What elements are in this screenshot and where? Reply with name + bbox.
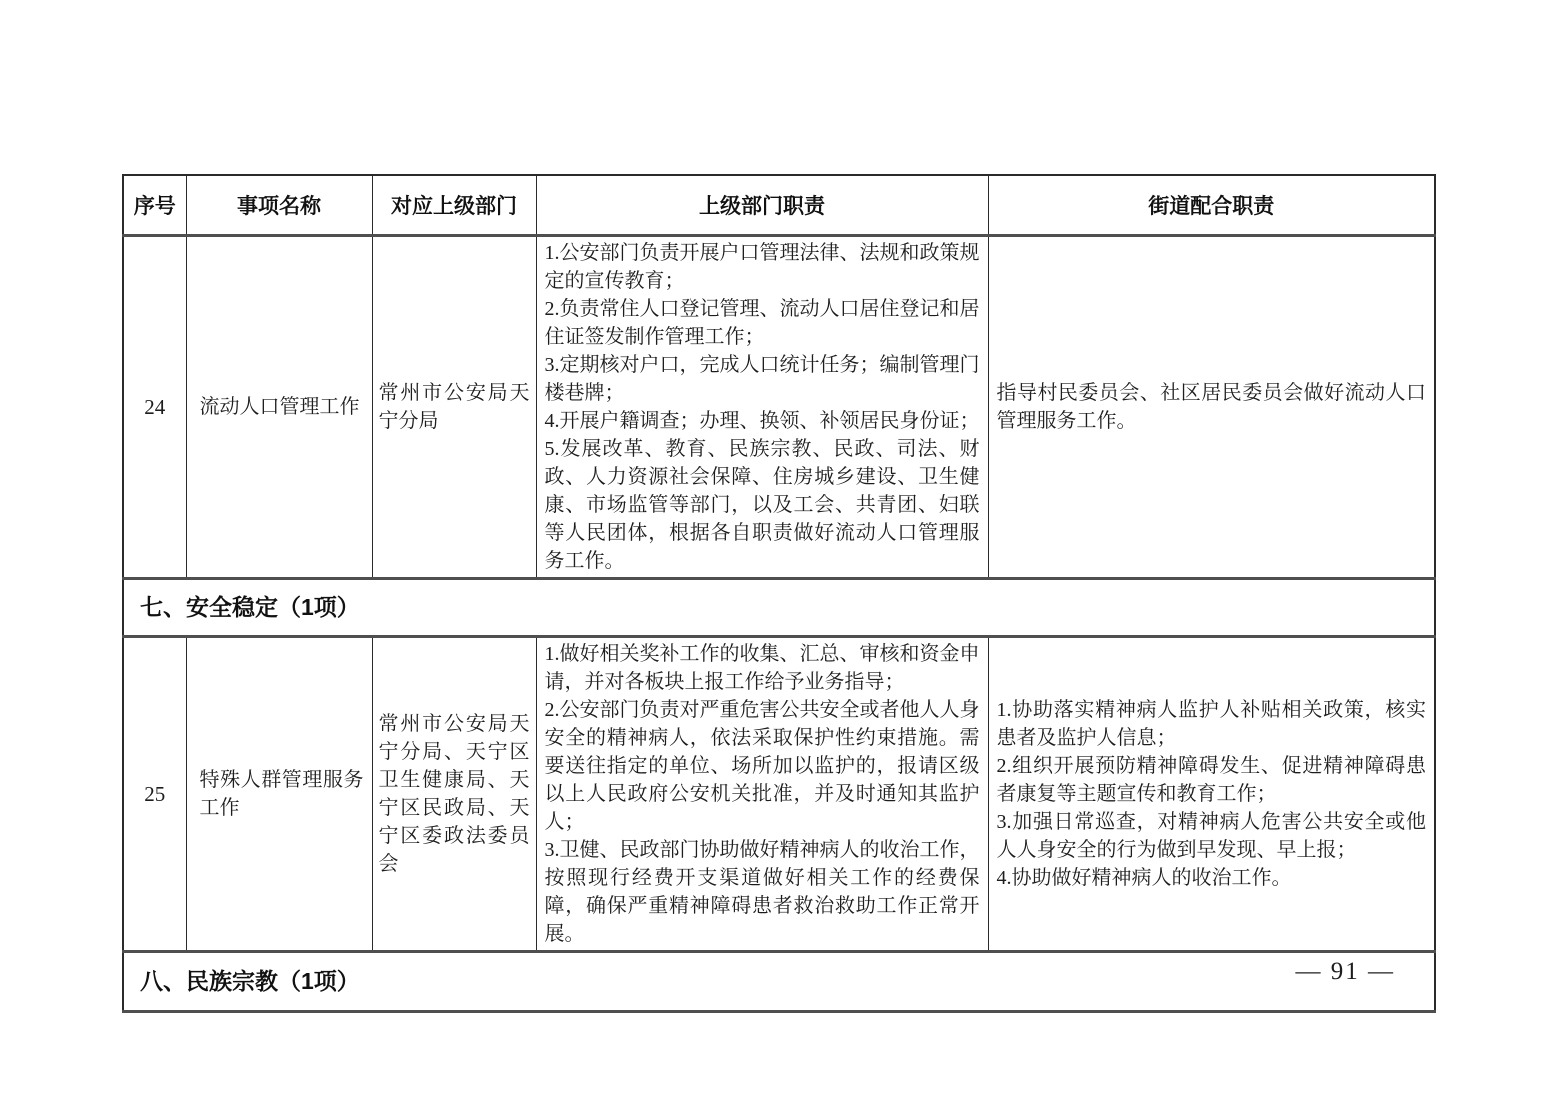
section-header-row-ethnic-religion: 八、民族宗教（1项） [123,951,1435,1011]
responsibilities-table: 序号 事项名称 对应上级部门 上级部门职责 街道配合职责 24 流动人口管理工作… [122,174,1436,1013]
duty-item: 4.开展户籍调查；办理、换领、补领居民身份证； [545,407,980,435]
serial-number-cell: 24 [123,235,186,578]
section-title: 八、民族宗教（1项） [123,951,1435,1011]
superior-department-cell: 常州市公安局天宁分局、天宁区卫生健康局、天宁区民政局、天宁区委政法委员会 [372,636,536,951]
duty-item: 1.公安部门负责开展户口管理法律、法规和政策规定的宣传教育； [545,239,980,295]
duty-item: 3.卫健、民政部门协助做好精神病人的收治工作，按照现行经费开支渠道做好相关工作的… [545,836,980,948]
duty-item: 2.公安部门负责对严重危害公共安全或者他人人身安全的精神病人，依法采取保护性约束… [545,696,980,836]
page-number: — 91 — [1296,958,1396,986]
column-header-item-name: 事项名称 [186,175,372,235]
duty-item: 5.发展改革、教育、民族宗教、民政、司法、财政、人力资源社会保障、住房城乡建设、… [545,435,980,575]
document-page: 序号 事项名称 对应上级部门 上级部门职责 街道配合职责 24 流动人口管理工作… [0,0,1559,1102]
duty-item: 2.组织开展预防精神障碍发生、促进精神障碍患者康复等主题宣传和教育工作； [997,752,1427,808]
duty-item: 指导村民委员会、社区居民委员会做好流动人口管理服务工作。 [997,379,1427,435]
superior-duties-cell: 1.做好相关奖补工作的收集、汇总、审核和资金申请，并对各板块上报工作给予业务指导… [536,636,988,951]
superior-department-cell: 常州市公安局天宁分局 [372,235,536,578]
duty-item: 3.定期核对户口，完成人口统计任务；编制管理门楼巷牌； [545,351,980,407]
duty-item: 1.协助落实精神病人监护人补贴相关政策，核实患者及监护人信息； [997,696,1427,752]
item-name-cell: 流动人口管理工作 [186,235,372,578]
table-header-row: 序号 事项名称 对应上级部门 上级部门职责 街道配合职责 [123,175,1435,235]
duty-item: 4.协助做好精神病人的收治工作。 [997,864,1427,892]
section-title: 七、安全稳定（1项） [123,578,1435,636]
column-header-superior-department: 对应上级部门 [372,175,536,235]
street-duties-cell: 指导村民委员会、社区居民委员会做好流动人口管理服务工作。 [988,235,1435,578]
duty-item: 1.做好相关奖补工作的收集、汇总、审核和资金申请，并对各板块上报工作给予业务指导… [545,640,980,696]
duty-item: 2.负责常住人口登记管理、流动人口居住登记和居住证签发制作管理工作； [545,295,980,351]
table-row: 25 特殊人群管理服务工作 常州市公安局天宁分局、天宁区卫生健康局、天宁区民政局… [123,636,1435,951]
item-name-cell: 特殊人群管理服务工作 [186,636,372,951]
column-header-superior-duties: 上级部门职责 [536,175,988,235]
superior-duties-cell: 1.公安部门负责开展户口管理法律、法规和政策规定的宣传教育； 2.负责常住人口登… [536,235,988,578]
street-duties-cell: 1.协助落实精神病人监护人补贴相关政策，核实患者及监护人信息； 2.组织开展预防… [988,636,1435,951]
serial-number-cell: 25 [123,636,186,951]
table-row: 24 流动人口管理工作 常州市公安局天宁分局 1.公安部门负责开展户口管理法律、… [123,235,1435,578]
duty-item: 3.加强日常巡查，对精神病人危害公共安全或他人人身安全的行为做到早发现、早上报； [997,808,1427,864]
column-header-serial: 序号 [123,175,186,235]
section-header-row-security: 七、安全稳定（1项） [123,578,1435,636]
column-header-street-duties: 街道配合职责 [988,175,1435,235]
